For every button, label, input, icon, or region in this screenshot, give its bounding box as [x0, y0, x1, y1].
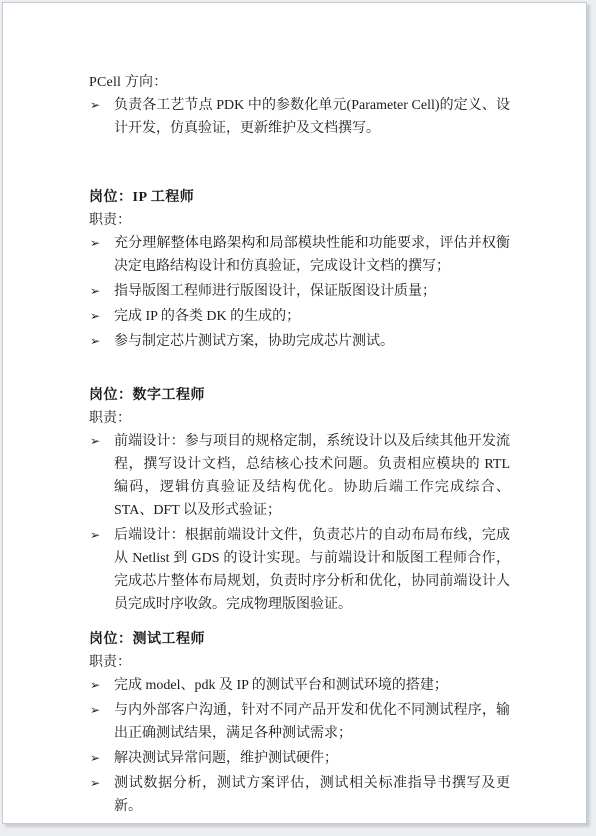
arrow-bullet-icon: ➢ [90, 280, 100, 303]
section-heading: 岗位：数字工程师 [89, 384, 510, 407]
bullet-text: 解决测试异常问题，维护测试硬件； [114, 751, 338, 766]
bullet-text: 指导版图工程师进行版图设计，保证版图设计质量； [114, 284, 436, 299]
document-content: PCell 方向： ➢ 负责各工艺节点 PDK 中的参数化单元(Paramete… [3, 3, 586, 818]
bullet-list: ➢ 负责各工艺节点 PDK 中的参数化单元(Parameter Cell)的定义… [89, 94, 510, 140]
bullet-text: 负责各工艺节点 PDK 中的参数化单元(Parameter Cell)的定义、设… [114, 98, 510, 136]
bullet-item: ➢ 完成 IP 的各类 DK 的生成的； [89, 305, 510, 328]
section-label: 职责： [89, 407, 510, 430]
bullet-item: ➢ 前端设计：参与项目的规格定制，系统设计以及后续其他开发流程，撰写设计文档，总… [89, 430, 510, 522]
document-page: PCell 方向： ➢ 负责各工艺节点 PDK 中的参数化单元(Paramete… [2, 2, 587, 824]
arrow-bullet-icon: ➢ [90, 674, 100, 697]
section-digital-engineer: 岗位：数字工程师 职责： ➢ 前端设计：参与项目的规格定制，系统设计以及后续其他… [89, 384, 510, 616]
bullet-text: 前端设计：参与项目的规格定制，系统设计以及后续其他开发流程，撰写设计文档，总结核… [114, 434, 510, 518]
bullet-item: ➢ 参与制定芯片测试方案，协助完成芯片测试。 [89, 330, 510, 353]
section-pcell: PCell 方向： ➢ 负责各工艺节点 PDK 中的参数化单元(Paramete… [89, 71, 510, 140]
bullet-item: ➢ 充分理解整体电路架构和局部模块性能和功能要求，评估并权衡决定电路结构设计和仿… [89, 232, 510, 278]
bullet-item: ➢ 测试数据分析，测试方案评估，测试相关标准指导书撰写及更新。 [89, 772, 510, 818]
section-ip-engineer: 岗位：IP 工程师 职责： ➢ 充分理解整体电路架构和局部模块性能和功能要求，评… [89, 186, 510, 353]
arrow-bullet-icon: ➢ [90, 305, 100, 328]
bullet-text: 与内外部客户沟通，针对不同产品开发和优化不同测试程序，输出正确测试结果，满足各种… [114, 703, 510, 741]
section-test-engineer: 岗位：测试工程师 职责： ➢ 完成 model、pdk 及 IP 的测试平台和测… [89, 628, 510, 818]
bullet-list: ➢ 充分理解整体电路架构和局部模块性能和功能要求，评估并权衡决定电路结构设计和仿… [89, 232, 510, 353]
document-canvas: { "colors": { "canvas_background": "#ece… [0, 0, 596, 836]
bullet-list: ➢ 完成 model、pdk 及 IP 的测试平台和测试环境的搭建； ➢ 与内外… [89, 674, 510, 818]
section-label: 职责： [89, 209, 510, 232]
bullet-item: ➢ 与内外部客户沟通，针对不同产品开发和优化不同测试程序，输出正确测试结果，满足… [89, 699, 510, 745]
bullet-text: 完成 IP 的各类 DK 的生成的； [114, 309, 300, 324]
bullet-item: ➢ 指导版图工程师进行版图设计，保证版图设计质量； [89, 280, 510, 303]
arrow-bullet-icon: ➢ [90, 330, 100, 353]
bullet-text: 充分理解整体电路架构和局部模块性能和功能要求，评估并权衡决定电路结构设计和仿真验… [114, 236, 510, 274]
bullet-item: ➢ 后端设计：根据前端设计文件，负责芯片的自动布局布线，完成从 Netlist … [89, 524, 510, 616]
arrow-bullet-icon: ➢ [90, 747, 100, 770]
section-heading: PCell 方向： [89, 71, 510, 94]
bullet-text: 参与制定芯片测试方案，协助完成芯片测试。 [114, 334, 394, 349]
arrow-bullet-icon: ➢ [90, 94, 100, 117]
arrow-bullet-icon: ➢ [90, 772, 100, 795]
bullet-text: 测试数据分析，测试方案评估，测试相关标准指导书撰写及更新。 [114, 776, 510, 814]
section-heading: 岗位：测试工程师 [89, 628, 510, 651]
bullet-list: ➢ 前端设计：参与项目的规格定制，系统设计以及后续其他开发流程，撰写设计文档，总… [89, 430, 510, 616]
arrow-bullet-icon: ➢ [90, 430, 100, 453]
bullet-item: ➢ 负责各工艺节点 PDK 中的参数化单元(Parameter Cell)的定义… [89, 94, 510, 140]
bullet-text: 后端设计：根据前端设计文件，负责芯片的自动布局布线，完成从 Netlist 到 … [114, 528, 510, 612]
arrow-bullet-icon: ➢ [90, 699, 100, 722]
section-label: 职责： [89, 651, 510, 674]
section-heading: 岗位：IP 工程师 [89, 186, 510, 209]
bullet-item: ➢ 解决测试异常问题，维护测试硬件； [89, 747, 510, 770]
arrow-bullet-icon: ➢ [90, 232, 100, 255]
arrow-bullet-icon: ➢ [90, 524, 100, 547]
bullet-text: 完成 model、pdk 及 IP 的测试平台和测试环境的搭建； [114, 678, 448, 693]
bullet-item: ➢ 完成 model、pdk 及 IP 的测试平台和测试环境的搭建； [89, 674, 510, 697]
